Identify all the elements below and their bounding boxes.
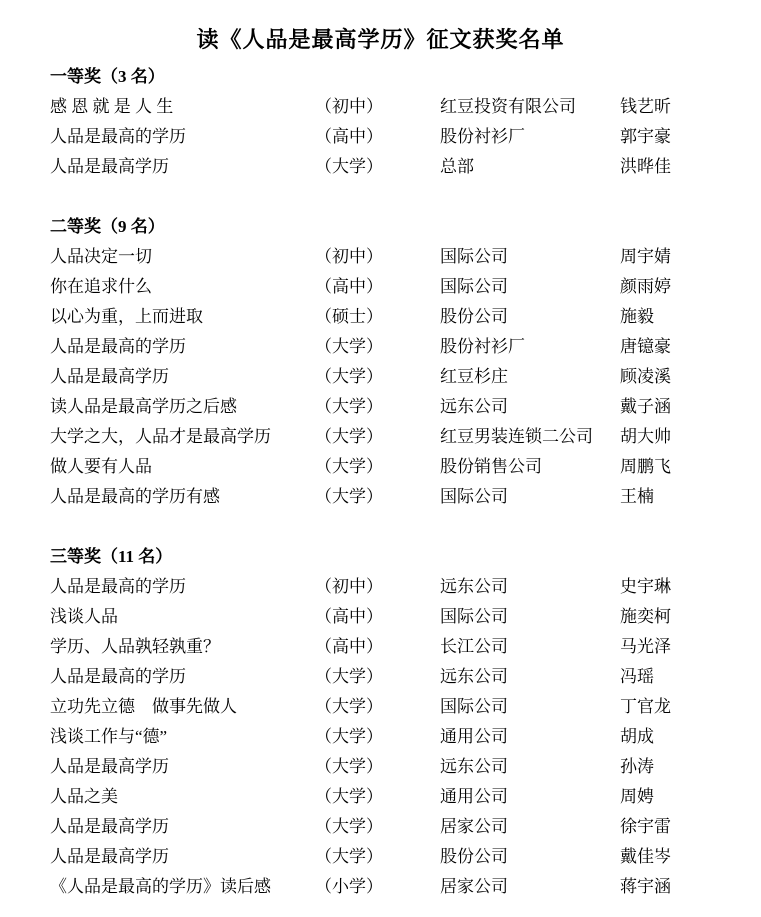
education-level: （大学）	[315, 662, 440, 692]
company-name: 长江公司	[440, 632, 620, 662]
company-name: 通用公司	[440, 782, 620, 812]
winner-name: 史宇琳	[620, 572, 711, 602]
winner-name: 唐镱豪	[620, 332, 711, 362]
award-row: 《人品是最高的学历》读后感 （小学） 居家公司 蒋宇涵	[50, 872, 711, 902]
essay-title: 浅谈工作与“德”	[50, 722, 315, 752]
company-name: 股份销售公司	[440, 452, 620, 482]
education-level: （高中）	[315, 272, 440, 302]
essay-title: 人品是最高学历	[50, 842, 315, 872]
essay-title: 人品决定一切	[50, 242, 315, 272]
education-level: （初中）	[315, 92, 440, 122]
winner-name: 周娉	[620, 782, 711, 812]
essay-title: 你在追求什么	[50, 272, 315, 302]
winner-name: 丁官龙	[620, 692, 711, 722]
winner-name: 蒋宇涵	[620, 872, 711, 902]
section-second-prize: 二等奖（9 名） 人品决定一切 （初中） 国际公司 周宇婧 你在追求什么 （高中…	[50, 212, 711, 512]
award-row: 人品之美 （大学） 通用公司 周娉	[50, 782, 711, 812]
award-row: 做人要有人品 （大学） 股份销售公司 周鹏飞	[50, 452, 711, 482]
winner-name: 冯瑶	[620, 662, 711, 692]
company-name: 国际公司	[440, 482, 620, 512]
essay-title: 人品是最高学历	[50, 752, 315, 782]
education-level: （大学）	[315, 422, 440, 452]
essay-title: 以心为重，上而进取	[50, 302, 315, 332]
company-name: 居家公司	[440, 812, 620, 842]
education-level: （大学）	[315, 392, 440, 422]
award-row: 人品是最高学历 （大学） 远东公司 孙涛	[50, 752, 711, 782]
company-name: 股份衬衫厂	[440, 332, 620, 362]
education-level: （大学）	[315, 362, 440, 392]
essay-title: 人品是最高学历	[50, 362, 315, 392]
education-level: （硕士）	[315, 302, 440, 332]
award-row: 学历、人品孰轻孰重？ （高中） 长江公司 马光泽	[50, 632, 711, 662]
award-row: 人品是最高学历 （大学） 红豆杉庄 顾凌溪	[50, 362, 711, 392]
company-name: 股份公司	[440, 302, 620, 332]
education-level: （小学）	[315, 872, 440, 902]
section-heading: 一等奖（3 名）	[50, 62, 711, 92]
winner-name: 周宇婧	[620, 242, 711, 272]
document-page: 读《人品是最高学历》征文获奖名单 一等奖（3 名） 感 恩 就 是 人 生 （初…	[0, 0, 761, 917]
award-row: 读人品是最高学历之后感 （大学） 远东公司 戴子涵	[50, 392, 711, 422]
essay-title: 人品是最高的学历	[50, 662, 315, 692]
education-level: （初中）	[315, 242, 440, 272]
company-name: 远东公司	[440, 662, 620, 692]
company-name: 国际公司	[440, 692, 620, 722]
winner-name: 徐宇雷	[620, 812, 711, 842]
company-name: 国际公司	[440, 272, 620, 302]
education-level: （大学）	[315, 152, 440, 182]
essay-title: 做人要有人品	[50, 452, 315, 482]
company-name: 远东公司	[440, 392, 620, 422]
winner-name: 马光泽	[620, 632, 711, 662]
education-level: （大学）	[315, 782, 440, 812]
education-level: （初中）	[315, 572, 440, 602]
award-row: 你在追求什么 （高中） 国际公司 颜雨婷	[50, 272, 711, 302]
education-level: （高中）	[315, 122, 440, 152]
award-row: 人品是最高的学历 （高中） 股份衬衫厂 郭宇豪	[50, 122, 711, 152]
winner-name: 胡成	[620, 722, 711, 752]
company-name: 远东公司	[440, 572, 620, 602]
section-third-prize: 三等奖（11 名） 人品是最高的学历 （初中） 远东公司 史宇琳 浅谈人品 （高…	[50, 542, 711, 902]
education-level: （大学）	[315, 482, 440, 512]
award-row: 浅谈人品 （高中） 国际公司 施奕柯	[50, 602, 711, 632]
winner-name: 郭宇豪	[620, 122, 711, 152]
essay-title: 学历、人品孰轻孰重？	[50, 632, 315, 662]
award-row: 感 恩 就 是 人 生 （初中） 红豆投资有限公司 钱艺昕	[50, 92, 711, 122]
education-level: （高中）	[315, 632, 440, 662]
award-row: 人品决定一切 （初中） 国际公司 周宇婧	[50, 242, 711, 272]
education-level: （大学）	[315, 842, 440, 872]
award-row: 大学之大，人品才是最高学历 （大学） 红豆男装连锁二公司 胡大帅	[50, 422, 711, 452]
education-level: （大学）	[315, 332, 440, 362]
essay-title: 人品是最高学历	[50, 812, 315, 842]
award-row: 人品是最高学历 （大学） 总部 洪晔佳	[50, 152, 711, 182]
award-row: 立功先立德 做事先做人 （大学） 国际公司 丁官龙	[50, 692, 711, 722]
section-heading: 三等奖（11 名）	[50, 542, 711, 572]
essay-title: 大学之大，人品才是最高学历	[50, 422, 315, 452]
winner-name: 王楠	[620, 482, 711, 512]
essay-title: 人品是最高的学历	[50, 332, 315, 362]
company-name: 红豆男装连锁二公司	[440, 422, 620, 452]
section-first-prize: 一等奖（3 名） 感 恩 就 是 人 生 （初中） 红豆投资有限公司 钱艺昕 人…	[50, 62, 711, 182]
essay-title: 人品是最高学历	[50, 152, 315, 182]
company-name: 红豆投资有限公司	[440, 92, 620, 122]
award-row: 人品是最高的学历 （大学） 股份衬衫厂 唐镱豪	[50, 332, 711, 362]
essay-title: 浅谈人品	[50, 602, 315, 632]
company-name: 远东公司	[440, 752, 620, 782]
company-name: 股份衬衫厂	[440, 122, 620, 152]
company-name: 通用公司	[440, 722, 620, 752]
company-name: 国际公司	[440, 602, 620, 632]
education-level: （高中）	[315, 602, 440, 632]
award-row: 人品是最高学历 （大学） 居家公司 徐宇雷	[50, 812, 711, 842]
company-name: 国际公司	[440, 242, 620, 272]
company-name: 红豆杉庄	[440, 362, 620, 392]
essay-title: 人品是最高的学历	[50, 122, 315, 152]
winner-name: 周鹏飞	[620, 452, 711, 482]
winner-name: 钱艺昕	[620, 92, 711, 122]
winner-name: 洪晔佳	[620, 152, 711, 182]
winner-name: 颜雨婷	[620, 272, 711, 302]
award-row: 人品是最高的学历 （初中） 远东公司 史宇琳	[50, 572, 711, 602]
education-level: （大学）	[315, 812, 440, 842]
education-level: （大学）	[315, 752, 440, 782]
award-row: 人品是最高学历 （大学） 股份公司 戴佳岑	[50, 842, 711, 872]
company-name: 总部	[440, 152, 620, 182]
essay-title: 立功先立德 做事先做人	[50, 692, 315, 722]
award-row: 以心为重，上而进取 （硕士） 股份公司 施毅	[50, 302, 711, 332]
winner-name: 顾凌溪	[620, 362, 711, 392]
award-row: 人品是最高的学历有感 （大学） 国际公司 王楠	[50, 482, 711, 512]
essay-title: 读人品是最高学历之后感	[50, 392, 315, 422]
company-name: 居家公司	[440, 872, 620, 902]
award-row: 人品是最高的学历 （大学） 远东公司 冯瑶	[50, 662, 711, 692]
winner-name: 孙涛	[620, 752, 711, 782]
essay-title: 人品是最高的学历有感	[50, 482, 315, 512]
winner-name: 施毅	[620, 302, 711, 332]
essay-title: 人品是最高的学历	[50, 572, 315, 602]
winner-name: 施奕柯	[620, 602, 711, 632]
education-level: （大学）	[315, 692, 440, 722]
award-row: 浅谈工作与“德” （大学） 通用公司 胡成	[50, 722, 711, 752]
education-level: （大学）	[315, 722, 440, 752]
education-level: （大学）	[315, 452, 440, 482]
page-title: 读《人品是最高学历》征文获奖名单	[0, 26, 761, 54]
company-name: 股份公司	[440, 842, 620, 872]
winner-name: 胡大帅	[620, 422, 711, 452]
essay-title: 人品之美	[50, 782, 315, 812]
essay-title: 《人品是最高的学历》读后感	[50, 872, 315, 902]
winner-name: 戴子涵	[620, 392, 711, 422]
essay-title: 感 恩 就 是 人 生	[50, 92, 315, 122]
section-heading: 二等奖（9 名）	[50, 212, 711, 242]
winner-name: 戴佳岑	[620, 842, 711, 872]
